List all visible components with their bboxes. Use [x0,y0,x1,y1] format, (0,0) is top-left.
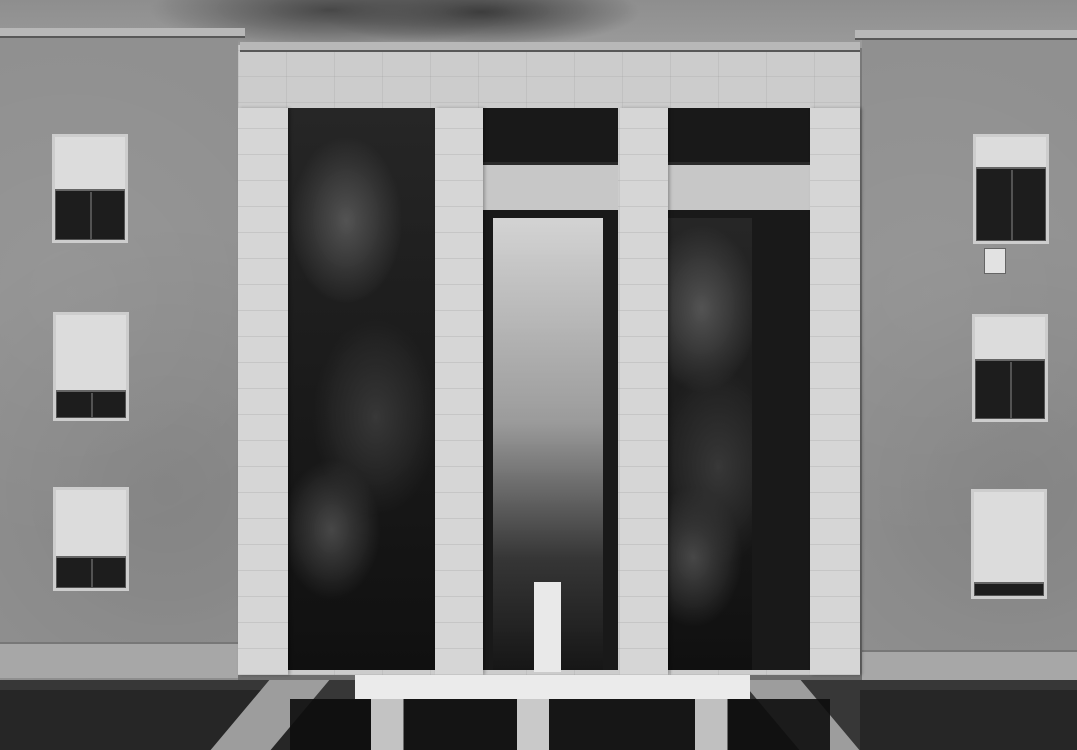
reflecting-pool [290,699,830,750]
right-window-middle [972,314,1048,422]
right-window-bottom [971,489,1047,599]
right-opening [668,108,810,670]
pillar-3 [620,108,668,675]
architectural-photograph [0,0,1077,750]
left-window-middle [53,312,129,421]
pool-rim [355,675,750,699]
wall-fixture [984,248,1006,274]
right-cornice [855,30,1077,40]
left-window-top [52,134,128,243]
left-cornice [0,28,245,38]
right-lawn [860,690,1077,750]
left-window-bottom [53,487,129,591]
pillar-4 [810,108,860,675]
stone-block-sculpture [534,582,561,672]
portico-cornice [240,42,860,52]
left-wing-base [0,642,238,678]
left-opening [287,108,435,670]
pillar-2 [435,108,483,675]
right-window-top [973,134,1049,244]
pillar-1 [238,108,288,675]
